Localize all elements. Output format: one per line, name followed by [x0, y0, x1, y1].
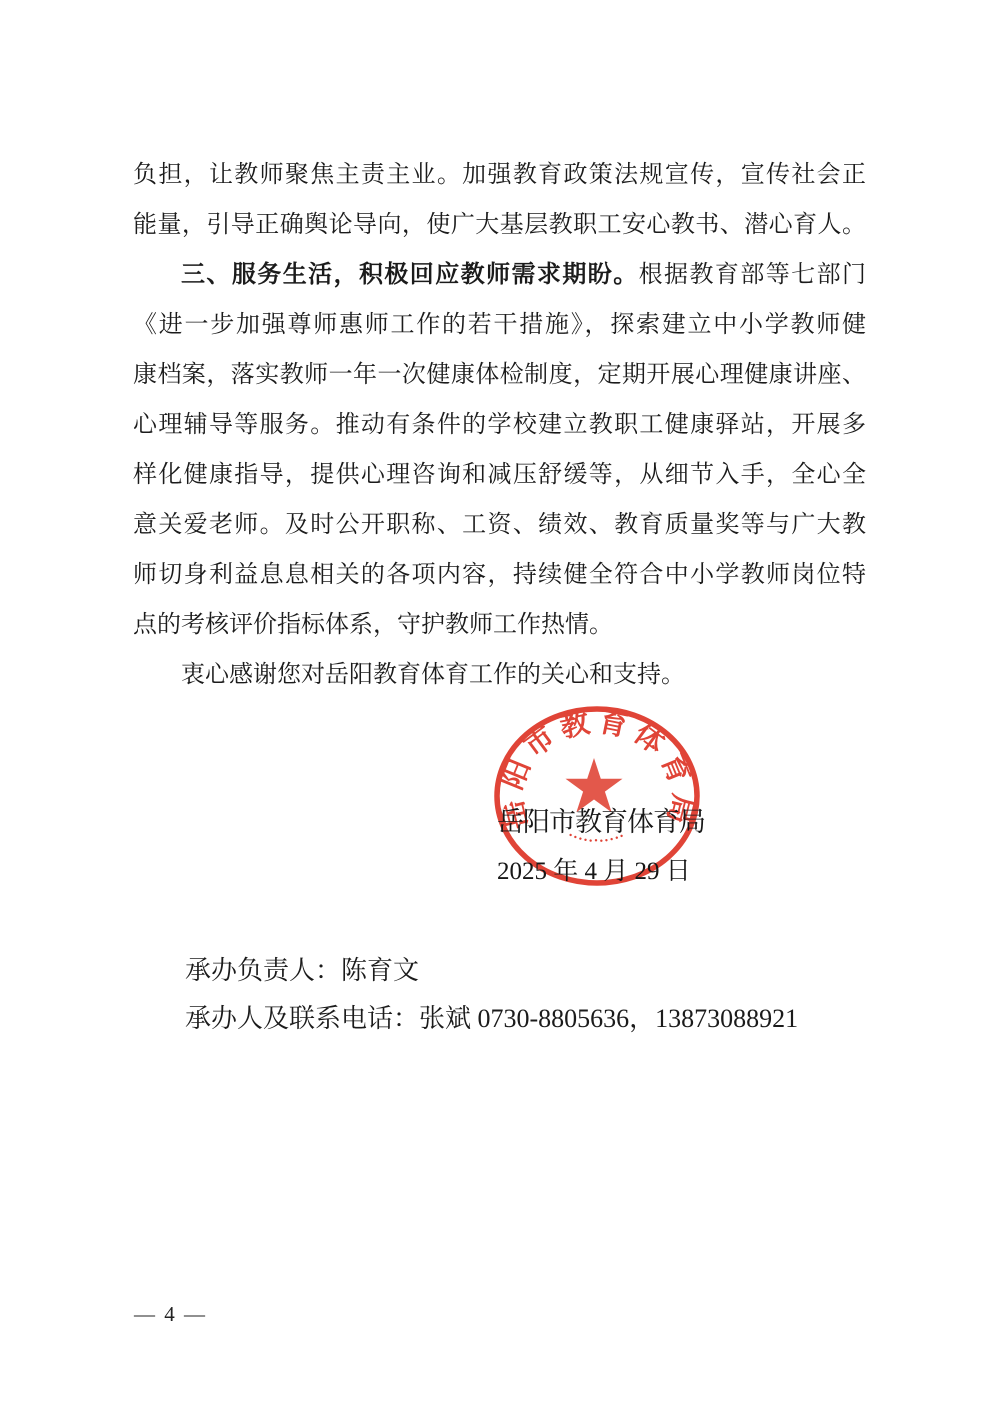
contact-handler-phone: 承办人及联系电话：张斌 0730-8805636，13873088921	[185, 998, 798, 1046]
body-line: 能量，引导正确舆论导向，使广大基层教职工安心教书、潜心育人。	[133, 200, 866, 250]
contact-block: 承办负责人：陈育文 承办人及联系电话：张斌 0730-8805636，13873…	[185, 950, 798, 1046]
body-line-section-heading: 三、服务生活，积极回应教师需求期盼。根据教育部等七部门	[133, 250, 866, 300]
body-line: 意关爱老师。及时公开职称、工资、绩效、教育质量奖等与广大教	[133, 500, 866, 550]
signature-date: 2025 年 4 月 29 日	[497, 856, 707, 888]
section-heading-continuation: 根据教育部等七部门	[639, 262, 866, 288]
section-heading-text: 三、服务生活，积极回应教师需求期盼。	[181, 262, 639, 288]
document-page: 负担，让教师聚焦主责主业。加强教育政策法规宣传，宣传社会正 能量，引导正确舆论导…	[0, 0, 1000, 1414]
body-line: 负担，让教师聚焦主责主业。加强教育政策法规宣传，宣传社会正	[133, 150, 866, 200]
seal-star-icon	[566, 758, 623, 812]
letter-body: 负担，让教师聚焦主责主业。加强教育政策法规宣传，宣传社会正 能量，引导正确舆论导…	[133, 150, 866, 700]
body-line: 点的考核评价指标体系，守护教师工作热情。	[133, 600, 866, 650]
page-number: — 4 —	[134, 1302, 207, 1327]
body-line: 心理辅导等服务。推动有条件的学校建立教职工健康驿站，开展多	[133, 400, 866, 450]
contact-manager: 承办负责人：陈育文	[185, 950, 798, 998]
body-line: 样化健康指导，提供心理咨询和减压舒缓等，从细节入手，全心全	[133, 450, 866, 500]
body-line-closing: 衷心感谢您对岳阳教育体育工作的关心和支持。	[133, 650, 866, 700]
body-line: 康档案，落实教师一年一次健康体检制度，定期开展心理健康讲座、	[133, 350, 866, 400]
signature-agency: 岳阳市教育体育局	[497, 806, 707, 838]
body-line: 师切身利益息息相关的各项内容，持续健全符合中小学教师岗位特	[133, 550, 866, 600]
body-line: 《进一步加强尊师惠师工作的若干措施》，探索建立中小学教师健	[133, 300, 866, 350]
